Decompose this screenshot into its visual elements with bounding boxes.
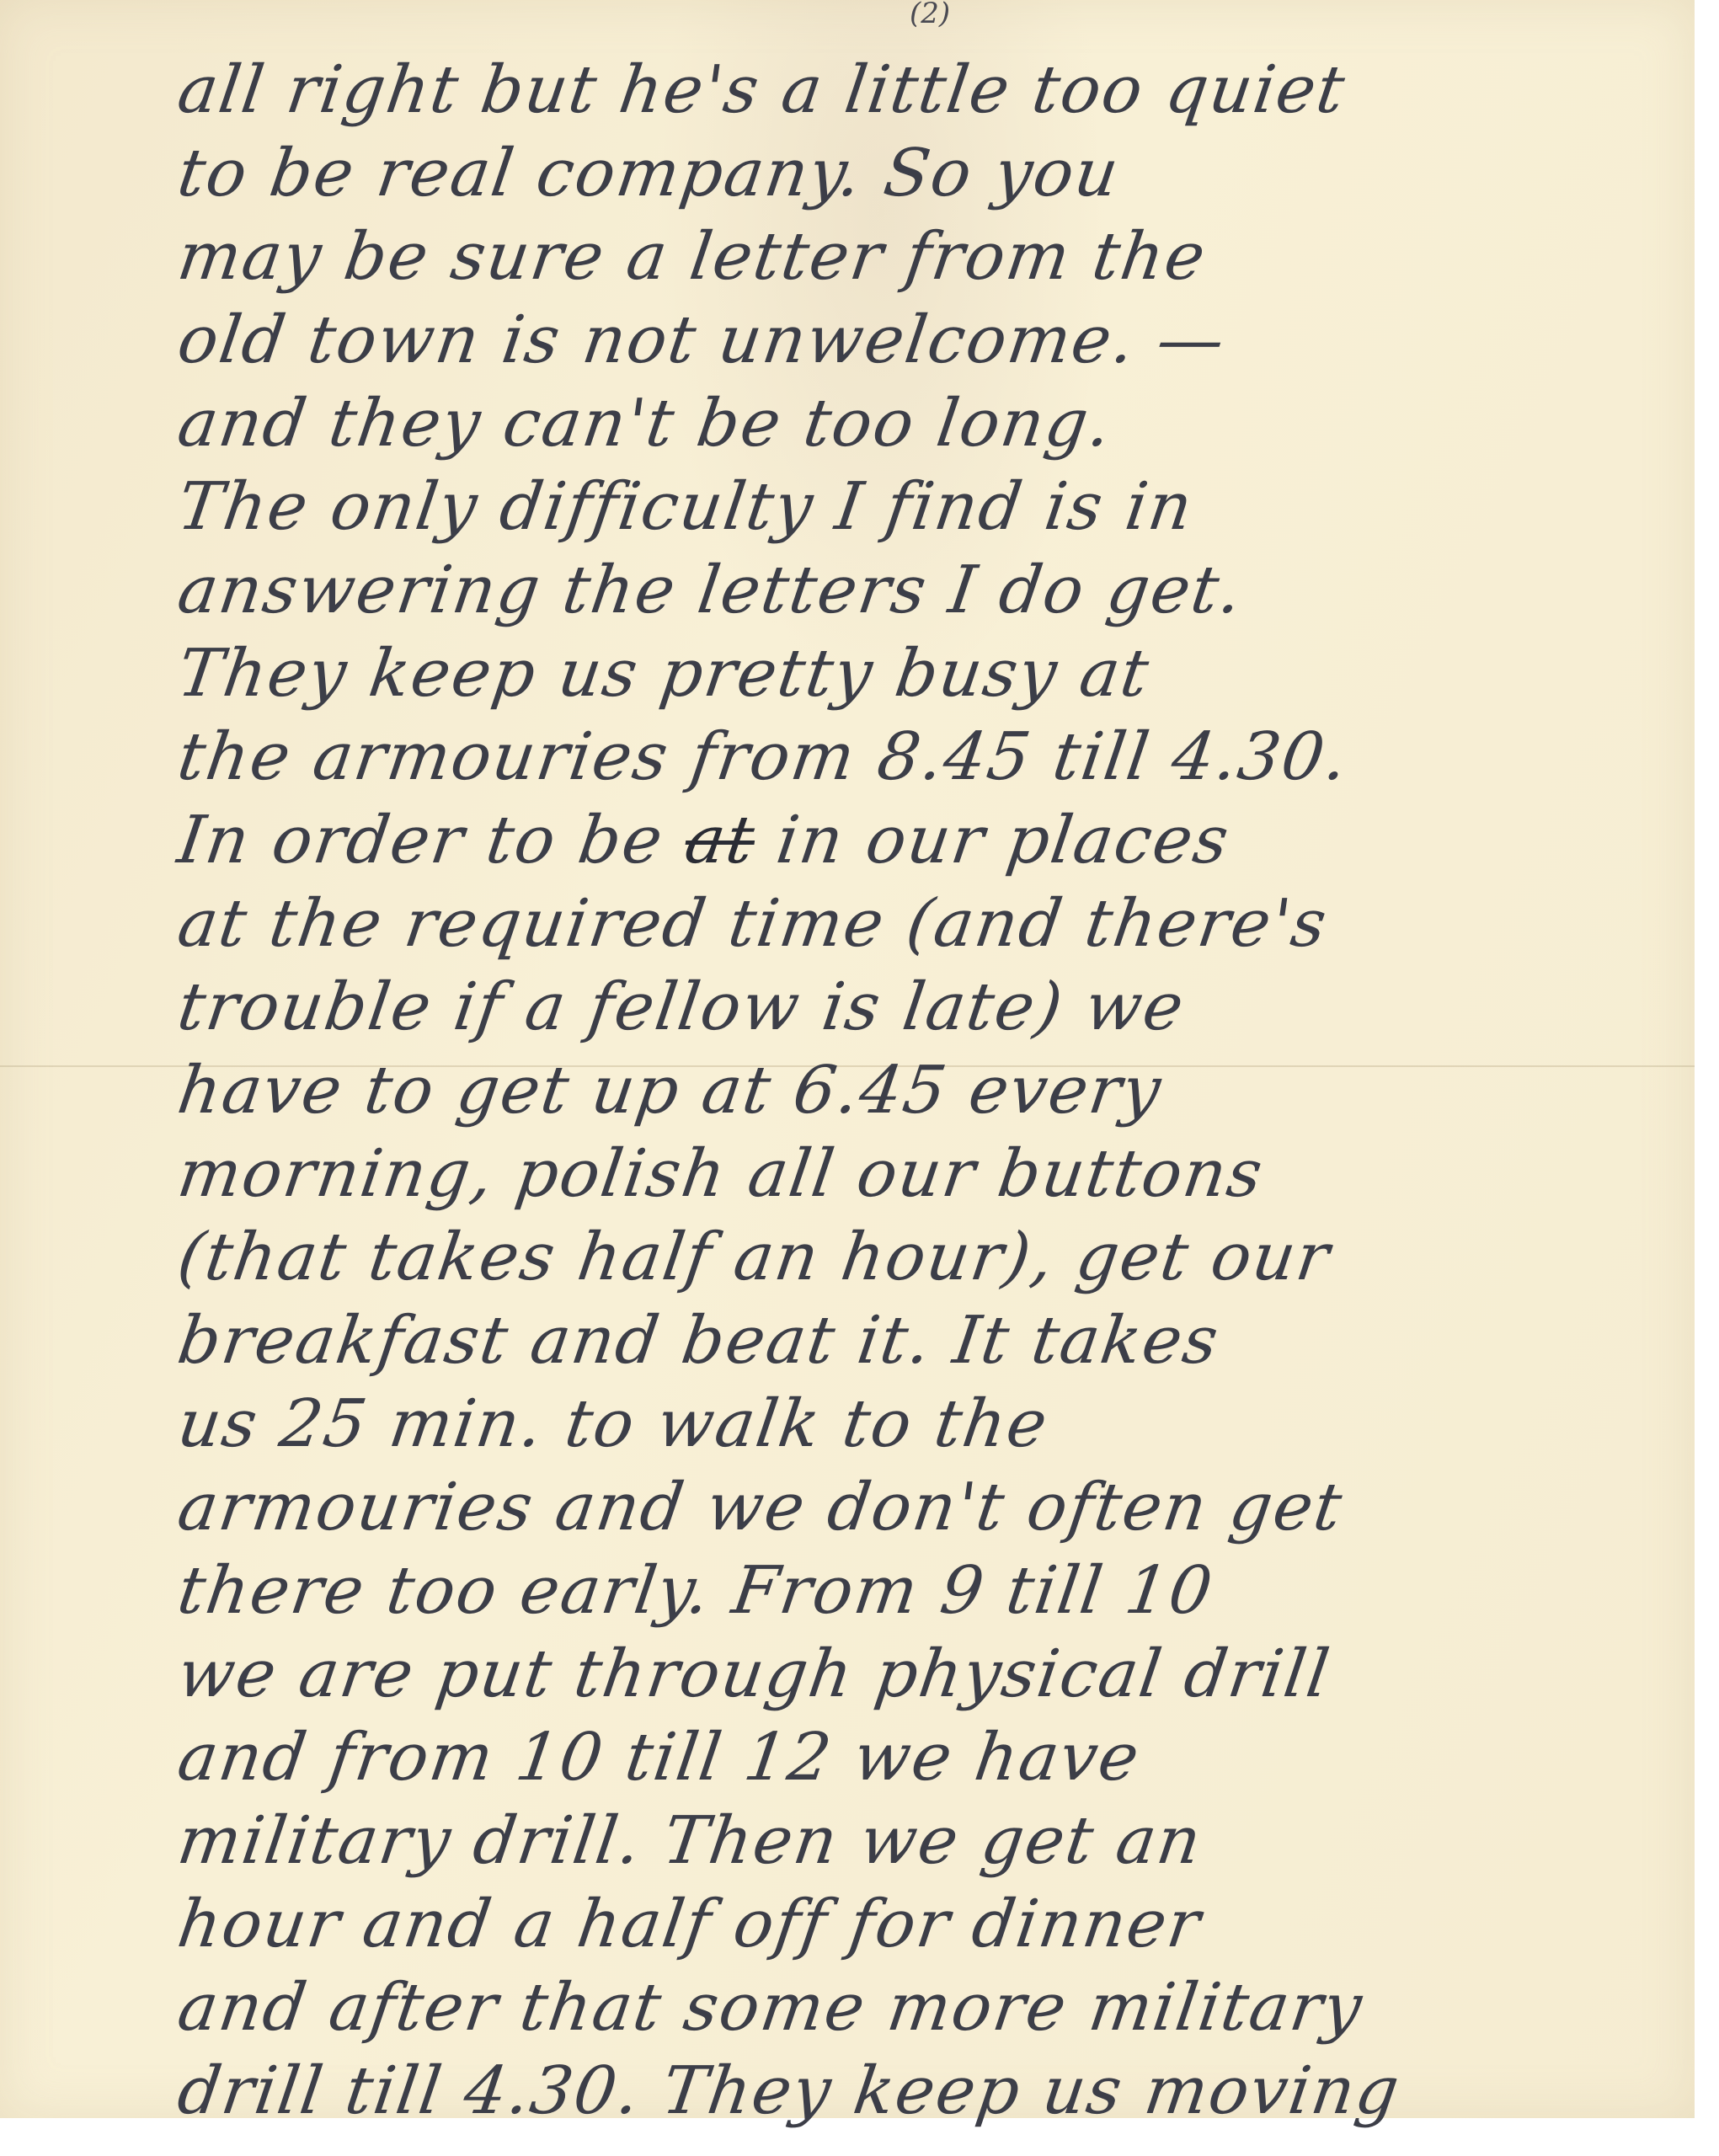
line-end: in our places xyxy=(772,803,1235,878)
line-start: In order to be xyxy=(174,803,669,878)
text-line: morning, polish all our buttons xyxy=(173,1133,1692,1216)
text-line: answering the letters I do get. xyxy=(173,549,1692,632)
struck-out-word: at xyxy=(681,803,761,878)
text-line: there too early. From 9 till 10 xyxy=(173,1550,1692,1633)
page-number: (2) xyxy=(910,0,950,30)
text-line: breakfast and beat it. It takes xyxy=(173,1299,1692,1383)
text-line: armouries and we don't often get xyxy=(173,1466,1692,1550)
letter-page: (2) all right but he's a little too quie… xyxy=(0,0,1695,2118)
text-line: may be sure a letter from the xyxy=(173,216,1692,299)
text-line: drill till 4.30. They keep us moving xyxy=(173,2050,1692,2133)
text-line: to be real company. So you xyxy=(173,132,1692,216)
text-line: and they can't be too long. xyxy=(173,382,1692,466)
text-line: the armouries from 8.45 till 4.30. xyxy=(173,716,1692,799)
text-line: have to get up at 6.45 every xyxy=(173,1049,1692,1133)
text-line: They keep us pretty busy at xyxy=(173,632,1692,716)
text-line: and from 10 till 12 we have xyxy=(173,1716,1692,1800)
text-line: us 25 min. to walk to the xyxy=(173,1383,1692,1466)
text-line: old town is not unwelcome. — xyxy=(173,299,1692,382)
text-line: The only difficulty I find is in xyxy=(173,466,1692,549)
text-line: and after that some more military xyxy=(173,1967,1692,2050)
text-line-with-strikeout: In order to be at in our places xyxy=(173,799,1692,883)
text-line: all right but he's a little too quiet xyxy=(173,49,1692,132)
text-line: trouble if a fellow is late) we xyxy=(173,966,1692,1049)
text-line: at the required time (and there's xyxy=(173,883,1692,966)
text-line: military drill. Then we get an xyxy=(173,1800,1692,1883)
text-line: hour and a half off for dinner xyxy=(173,1883,1692,1967)
text-line: we are put through physical drill xyxy=(173,1633,1692,1716)
text-line: (that takes half an hour), get our xyxy=(173,1216,1692,1299)
letter-body: all right but he's a little too quiet to… xyxy=(173,49,1680,2133)
